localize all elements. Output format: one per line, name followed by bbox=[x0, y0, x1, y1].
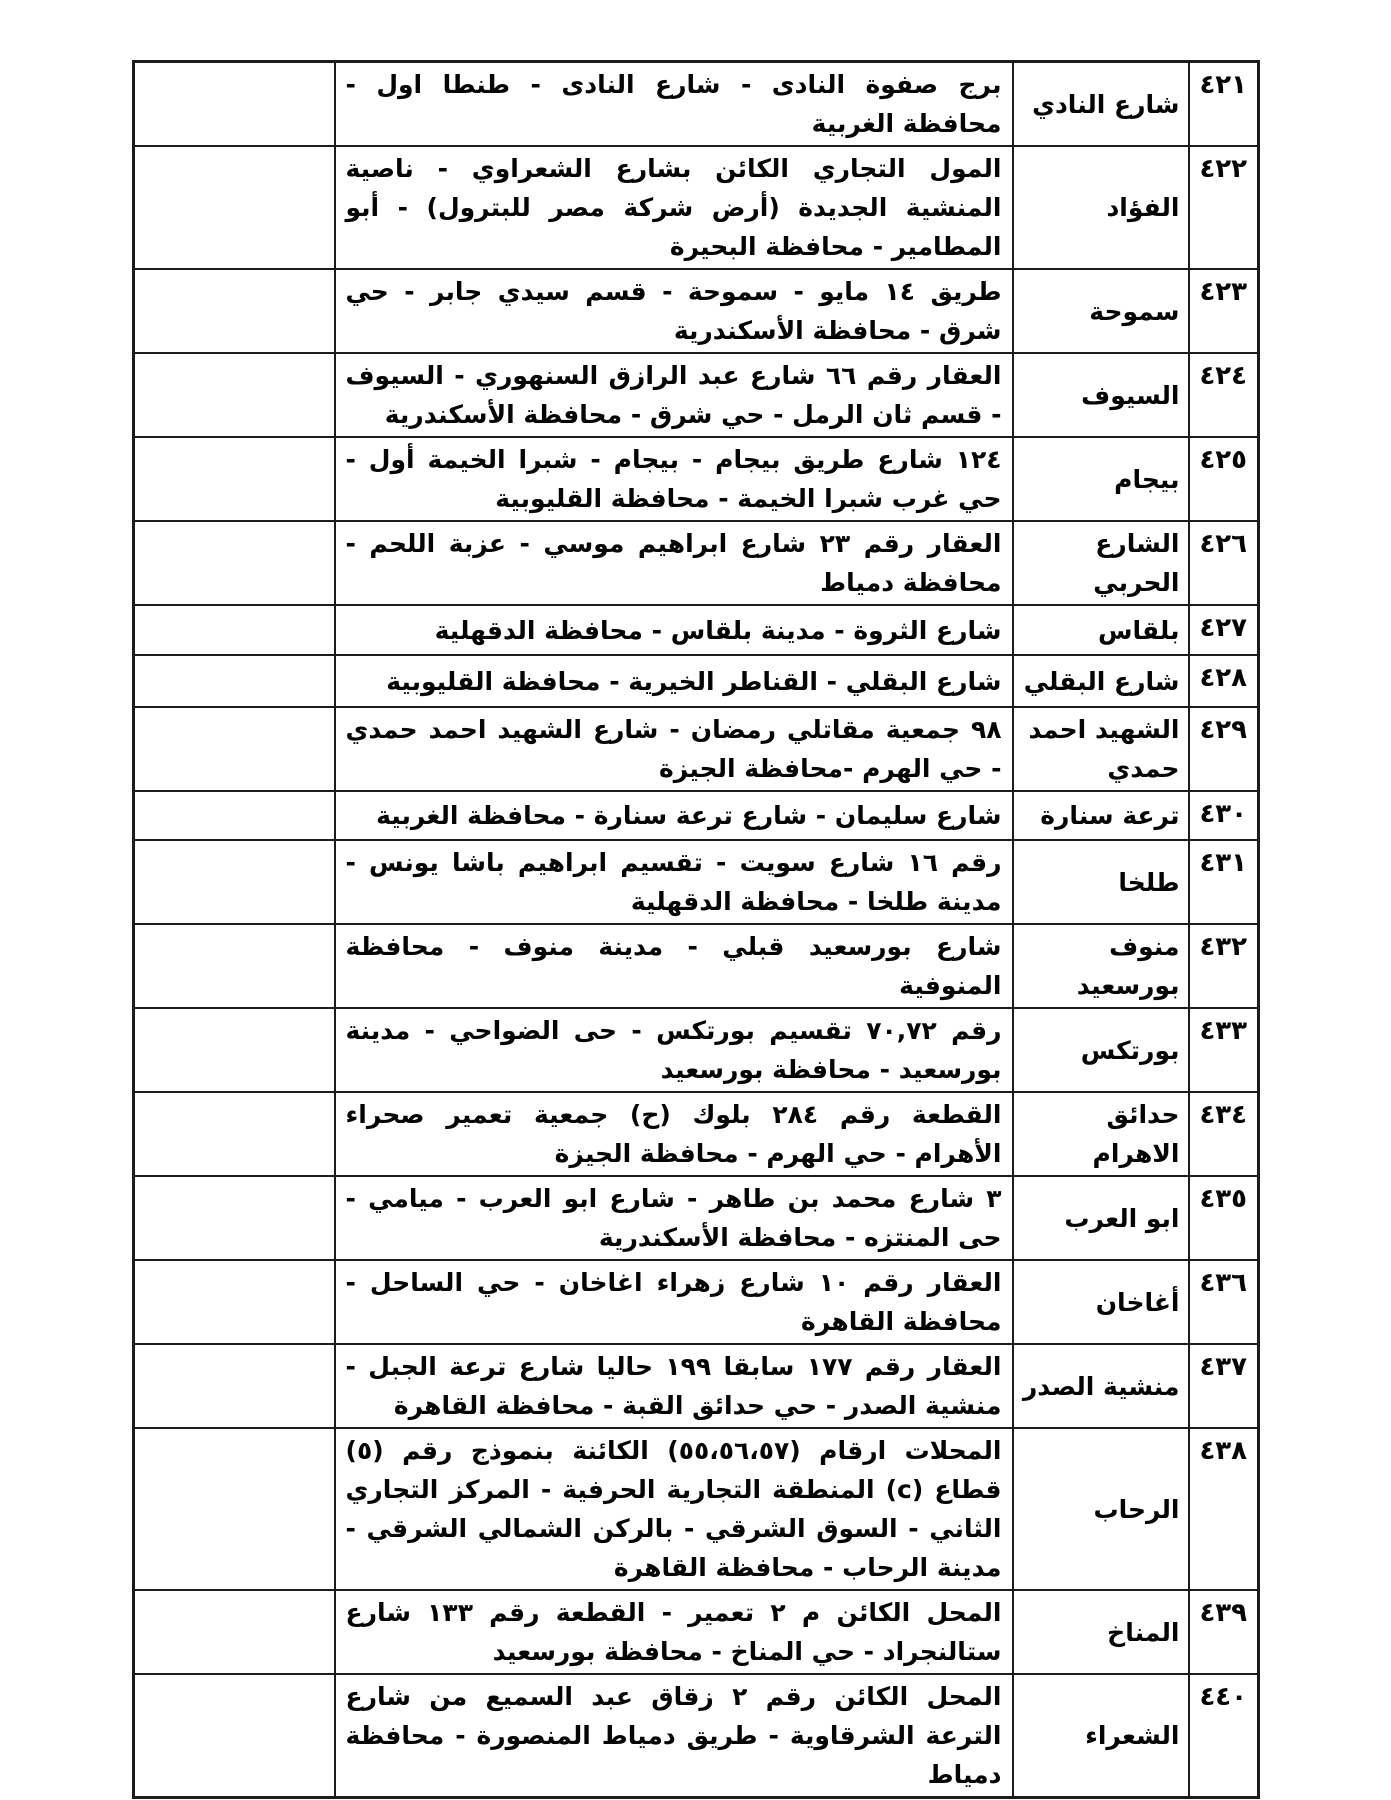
empty-notes-cell bbox=[134, 437, 335, 521]
table-row: ٤٢٧ بلقاس شارع الثروة - مدينة بلقاس - مح… bbox=[134, 605, 1259, 655]
branch-address-cell: طريق ١٤ مايو - سموحة - قسم سيدي جابر - ح… bbox=[335, 269, 1013, 353]
table-row: ٤٢٢ الفؤاد المول التجاري الكائن بشارع ال… bbox=[134, 146, 1259, 269]
branch-address-cell: رقم ١٦ شارع سويت - تقسيم ابراهيم باشا يو… bbox=[335, 840, 1013, 924]
branch-address-cell: المول التجاري الكائن بشارع الشعراوي - نا… bbox=[335, 146, 1013, 269]
table-row: ٤٢٥ بيجام ١٢٤ شارع طريق بيجام - بيجام - … bbox=[134, 437, 1259, 521]
branch-address-cell: ١٢٤ شارع طريق بيجام - بيجام - شبرا الخيم… bbox=[335, 437, 1013, 521]
empty-notes-cell bbox=[134, 791, 335, 840]
branch-address-cell: شارع سليمان - شارع ترعة سنارة - محافظة ا… bbox=[335, 791, 1013, 840]
table-row: ٤٤٠ الشعراء المحل الكائن رقم ٢ زقاق عبد … bbox=[134, 1674, 1259, 1798]
empty-notes-cell bbox=[134, 1428, 335, 1590]
empty-notes-cell bbox=[134, 269, 335, 353]
row-serial-number: ٤٣١ bbox=[1189, 840, 1259, 924]
branch-name-cell: بلقاس bbox=[1013, 605, 1189, 655]
branch-name-cell: طلخا bbox=[1013, 840, 1189, 924]
branch-name-cell: الشهيد احمد حمدي bbox=[1013, 707, 1189, 791]
branch-address-cell: ٩٨ جمعية مقاتلي رمضان - شارع الشهيد احمد… bbox=[335, 707, 1013, 791]
branch-name-cell: المناخ bbox=[1013, 1590, 1189, 1674]
row-serial-number: ٤٣٤ bbox=[1189, 1092, 1259, 1176]
empty-notes-cell bbox=[134, 707, 335, 791]
branch-name-cell: السيوف bbox=[1013, 353, 1189, 437]
registry-table-body: ٤٢١ شارع النادي برج صفوة النادى - شارع ا… bbox=[134, 62, 1259, 1798]
row-serial-number: ٤٢١ bbox=[1189, 62, 1259, 147]
branch-name-cell: منشية الصدر bbox=[1013, 1344, 1189, 1428]
empty-notes-cell bbox=[134, 1092, 335, 1176]
branch-address-cell: برج صفوة النادى - شارع النادى - طنطا اول… bbox=[335, 62, 1013, 147]
row-serial-number: ٤٢٩ bbox=[1189, 707, 1259, 791]
table-row: ٤٣٠ ترعة سنارة شارع سليمان - شارع ترعة س… bbox=[134, 791, 1259, 840]
row-serial-number: ٤٢٦ bbox=[1189, 521, 1259, 605]
table-row: ٤٢١ شارع النادي برج صفوة النادى - شارع ا… bbox=[134, 62, 1259, 147]
table-row: ٤٢٦ الشارع الحربي العقار رقم ٢٣ شارع ابر… bbox=[134, 521, 1259, 605]
branch-address-cell: القطعة رقم ٢٨٤ بلوك (ح) جمعية تعمير صحرا… bbox=[335, 1092, 1013, 1176]
branch-address-cell: العقار رقم ٦٦ شارع عبد الرازق السنهوري -… bbox=[335, 353, 1013, 437]
branch-name-cell: شارع النادي bbox=[1013, 62, 1189, 147]
row-serial-number: ٤٢٢ bbox=[1189, 146, 1259, 269]
branch-name-cell: بورتكس bbox=[1013, 1008, 1189, 1092]
branch-address-cell: المحلات ارقام (٥٥،٥٦،٥٧) الكائنة بنموذج … bbox=[335, 1428, 1013, 1590]
branch-address-cell: العقار رقم ٢٣ شارع ابراهيم موسي - عزبة ا… bbox=[335, 521, 1013, 605]
empty-notes-cell bbox=[134, 521, 335, 605]
branch-name-cell: الفؤاد bbox=[1013, 146, 1189, 269]
table-row: ٤٣٣ بورتكس رقم ٧٠,٧٢ تقسيم بورتكس - حى ا… bbox=[134, 1008, 1259, 1092]
branch-address-cell: رقم ٧٠,٧٢ تقسيم بورتكس - حى الضواحي - مد… bbox=[335, 1008, 1013, 1092]
row-serial-number: ٤٣٢ bbox=[1189, 924, 1259, 1008]
empty-notes-cell bbox=[134, 62, 335, 147]
row-serial-number: ٤٢٥ bbox=[1189, 437, 1259, 521]
branch-address-cell: شارع بورسعيد قبلي - مدينة منوف - محافظة … bbox=[335, 924, 1013, 1008]
branch-name-cell: حدائق الاهرام bbox=[1013, 1092, 1189, 1176]
branch-name-cell: الرحاب bbox=[1013, 1428, 1189, 1590]
table-row: ٤٣٧ منشية الصدر العقار رقم ١٧٧ سابقا ١٩٩… bbox=[134, 1344, 1259, 1428]
branch-address-cell: شارع الثروة - مدينة بلقاس - محافظة الدقه… bbox=[335, 605, 1013, 655]
branch-name-cell: سموحة bbox=[1013, 269, 1189, 353]
empty-notes-cell bbox=[134, 1590, 335, 1674]
table-row: ٤٢٣ سموحة طريق ١٤ مايو - سموحة - قسم سيد… bbox=[134, 269, 1259, 353]
document-page: ٤٢١ شارع النادي برج صفوة النادى - شارع ا… bbox=[0, 0, 1391, 1800]
empty-notes-cell bbox=[134, 655, 335, 707]
row-serial-number: ٤٢٤ bbox=[1189, 353, 1259, 437]
branch-name-cell: بيجام bbox=[1013, 437, 1189, 521]
row-serial-number: ٤٣٨ bbox=[1189, 1428, 1259, 1590]
branch-name-cell: ترعة سنارة bbox=[1013, 791, 1189, 840]
branch-address-cell: العقار رقم ١٧٧ سابقا ١٩٩ حاليا شارع ترعة… bbox=[335, 1344, 1013, 1428]
empty-notes-cell bbox=[134, 924, 335, 1008]
empty-notes-cell bbox=[134, 146, 335, 269]
empty-notes-cell bbox=[134, 1176, 335, 1260]
row-serial-number: ٤٢٨ bbox=[1189, 655, 1259, 707]
branch-address-cell: المحل الكائن م ٢ تعمير - القطعة رقم ١٣٣ … bbox=[335, 1590, 1013, 1674]
table-row: ٤٣٨ الرحاب المحلات ارقام (٥٥،٥٦،٥٧) الكا… bbox=[134, 1428, 1259, 1590]
branch-name-cell: شارع البقلي bbox=[1013, 655, 1189, 707]
table-row: ٤٣٢ منوف بورسعيد شارع بورسعيد قبلي - مدي… bbox=[134, 924, 1259, 1008]
row-serial-number: ٤٣٥ bbox=[1189, 1176, 1259, 1260]
branch-registry-table: ٤٢١ شارع النادي برج صفوة النادى - شارع ا… bbox=[132, 60, 1260, 1799]
empty-notes-cell bbox=[134, 1344, 335, 1428]
branch-name-cell: ابو العرب bbox=[1013, 1176, 1189, 1260]
empty-notes-cell bbox=[134, 1260, 335, 1344]
row-serial-number: ٤٣٧ bbox=[1189, 1344, 1259, 1428]
empty-notes-cell bbox=[134, 1008, 335, 1092]
row-serial-number: ٤٣٩ bbox=[1189, 1590, 1259, 1674]
row-serial-number: ٤٣٣ bbox=[1189, 1008, 1259, 1092]
branch-address-cell: ٣ شارع محمد بن طاهر - شارع ابو العرب - م… bbox=[335, 1176, 1013, 1260]
table-row: ٤٢٨ شارع البقلي شارع البقلي - القناطر ال… bbox=[134, 655, 1259, 707]
branch-address-cell: المحل الكائن رقم ٢ زقاق عبد السميع من شا… bbox=[335, 1674, 1013, 1798]
empty-notes-cell bbox=[134, 1674, 335, 1798]
table-row: ٤٣٥ ابو العرب ٣ شارع محمد بن طاهر - شارع… bbox=[134, 1176, 1259, 1260]
branch-address-cell: العقار رقم ١٠ شارع زهراء اغاخان - حي الس… bbox=[335, 1260, 1013, 1344]
row-serial-number: ٤٣٠ bbox=[1189, 791, 1259, 840]
table-row: ٤٣١ طلخا رقم ١٦ شارع سويت - تقسيم ابراهي… bbox=[134, 840, 1259, 924]
branch-name-cell: أغاخان bbox=[1013, 1260, 1189, 1344]
empty-notes-cell bbox=[134, 353, 335, 437]
branch-name-cell: الشارع الحربي bbox=[1013, 521, 1189, 605]
row-serial-number: ٤٢٣ bbox=[1189, 269, 1259, 353]
empty-notes-cell bbox=[134, 840, 335, 924]
table-row: ٤٣٩ المناخ المحل الكائن م ٢ تعمير - القط… bbox=[134, 1590, 1259, 1674]
row-serial-number: ٤٤٠ bbox=[1189, 1674, 1259, 1798]
empty-notes-cell bbox=[134, 605, 335, 655]
branch-address-cell: شارع البقلي - القناطر الخيرية - محافظة ا… bbox=[335, 655, 1013, 707]
table-row: ٤٣٦ أغاخان العقار رقم ١٠ شارع زهراء اغاخ… bbox=[134, 1260, 1259, 1344]
table-row: ٤٣٤ حدائق الاهرام القطعة رقم ٢٨٤ بلوك (ح… bbox=[134, 1092, 1259, 1176]
table-row: ٤٢٩ الشهيد احمد حمدي ٩٨ جمعية مقاتلي رمض… bbox=[134, 707, 1259, 791]
row-serial-number: ٤٣٦ bbox=[1189, 1260, 1259, 1344]
table-row: ٤٢٤ السيوف العقار رقم ٦٦ شارع عبد الرازق… bbox=[134, 353, 1259, 437]
branch-name-cell: منوف بورسعيد bbox=[1013, 924, 1189, 1008]
row-serial-number: ٤٢٧ bbox=[1189, 605, 1259, 655]
branch-name-cell: الشعراء bbox=[1013, 1674, 1189, 1798]
